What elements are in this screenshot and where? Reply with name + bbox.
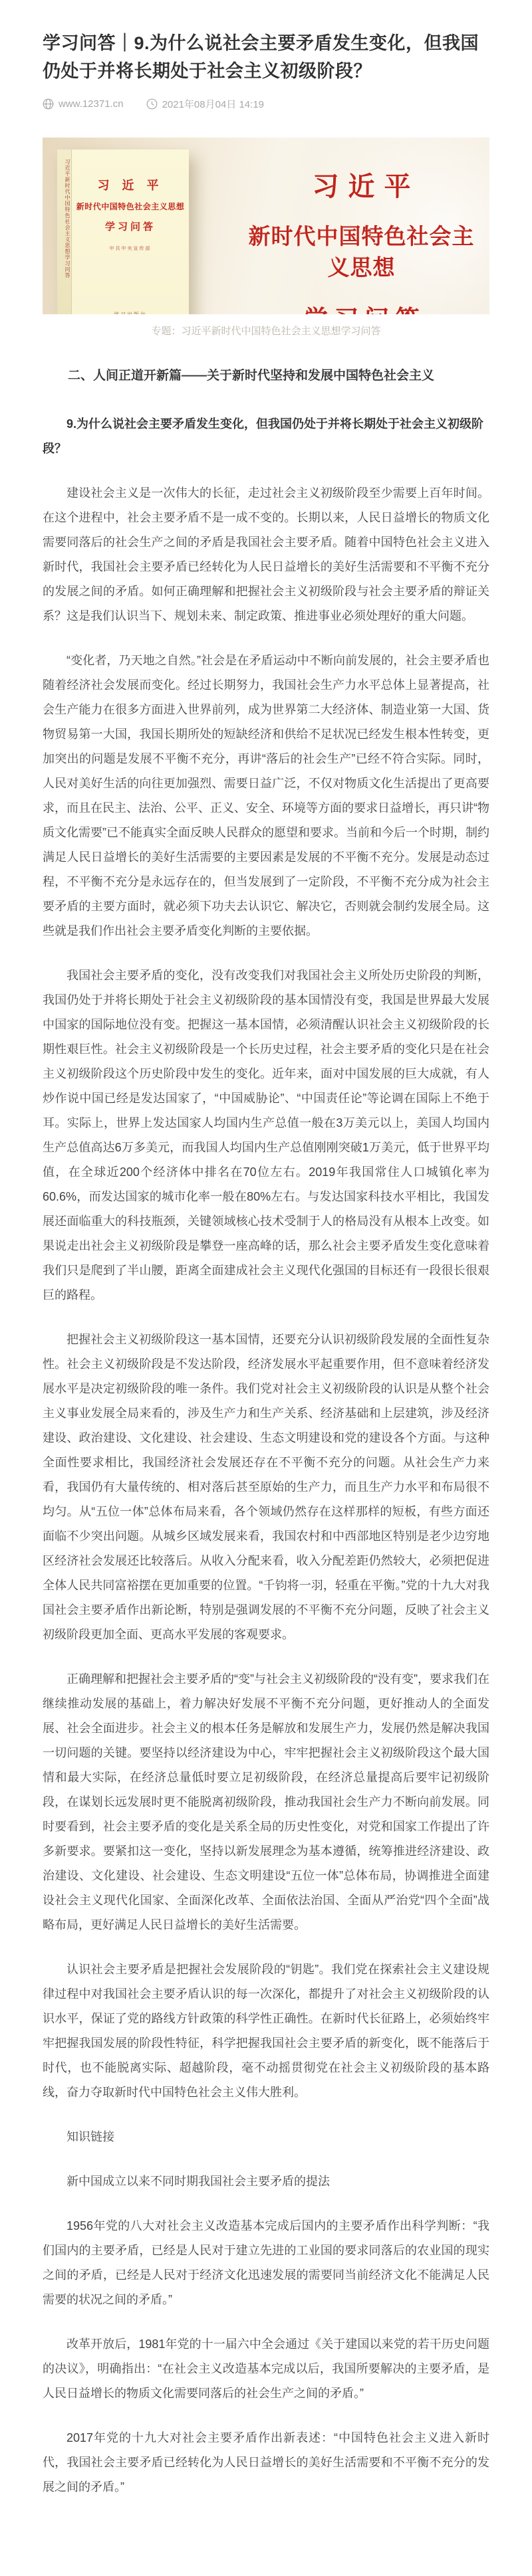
book-publisher-1: 学习出版社 bbox=[72, 310, 189, 314]
body-paragraph: 正确理解和把握社会主要矛盾的“变”与社会主义初级阶段的“没有变”，要求我们在继续… bbox=[43, 1667, 489, 1937]
book-spine: 习近平新时代中国特色社会主义思想学习问答 bbox=[57, 149, 72, 314]
banner-image: 习近平新时代中国特色社会主义思想学习问答 习 近 平 新时代中国特色社会主义思想… bbox=[43, 138, 489, 314]
banner-caption-link[interactable]: 专题：习近平新时代中国特色社会主义思想学习问答 bbox=[43, 324, 489, 338]
article-meta: www.12371.cn 2021年08月04日 14:19 bbox=[43, 97, 489, 111]
book-cover-publishers: 学习出版社 人民出版社 bbox=[72, 310, 189, 314]
book-cover-editor: 中共中央宣传部 bbox=[72, 245, 189, 252]
book-front-cover: 习 近 平 新时代中国特色社会主义思想 学习问答 中共中央宣传部 学习出版社 人… bbox=[72, 149, 189, 314]
book-cover-title-2: 新时代中国特色社会主义思想 bbox=[72, 201, 189, 212]
datetime-text: 2021年08月04日 14:19 bbox=[162, 97, 264, 111]
question-heading: 9.为什么说社会主要矛盾发生变化，但我国仍处于并将长期处于社会主义初级阶段？ bbox=[43, 412, 489, 461]
globe-icon bbox=[43, 98, 54, 110]
source-text: www.12371.cn bbox=[59, 98, 124, 110]
body-paragraph: “变化者，乃天地之自然。”社会是在矛盾运动中不断向前发展的，社会主要矛盾也随着经… bbox=[43, 648, 489, 943]
body-paragraph: 建设社会主义是一次伟大的长征，走过社会主义初级阶段至少需要上百年时间。在这个进程… bbox=[43, 481, 489, 629]
book-spine-text: 习近平新时代中国特色社会主义思想学习问答 bbox=[61, 159, 72, 278]
book-cover-image: 习近平新时代中国特色社会主义思想学习问答 习 近 平 新时代中国特色社会主义思想… bbox=[57, 149, 189, 314]
article-page: 学习问答｜9.为什么说社会主要矛盾发生变化，但我国仍处于并将长期处于社会主义初级… bbox=[43, 0, 489, 2500]
clock-icon bbox=[146, 98, 158, 110]
knowledge-link-title: 新中国成立以来不同时期我国社会主要矛盾的提法 bbox=[43, 2169, 489, 2194]
body-paragraph: 把握社会主义初级阶段这一基本国情，还要充分认识初级阶段发展的全面性复杂性。社会主… bbox=[43, 1328, 489, 1647]
knowledge-paragraph: 改革开放后，1981年党的十一届六中全会通过《关于建国以来党的若干历史问题的决议… bbox=[43, 2332, 489, 2406]
source-meta: www.12371.cn bbox=[43, 98, 124, 110]
banner-headline-line2: 新时代中国特色社会主义思想 bbox=[239, 219, 484, 282]
book-cover-title-1: 习 近 平 bbox=[72, 176, 189, 193]
knowledge-paragraph: 2017年党的十九大对社会主要矛盾作出新表述：“中国特色社会主义进入新时代，我国… bbox=[43, 2426, 489, 2500]
body-paragraph: 认识社会主要矛盾是把握社会发展阶段的“钥匙”。我们党在探索社会主义建设规律过程中… bbox=[43, 1957, 489, 2105]
page-title: 学习问答｜9.为什么说社会主要矛盾发生变化，但我国仍处于并将长期处于社会主义初级… bbox=[43, 29, 489, 85]
knowledge-link-label: 知识链接 bbox=[43, 2125, 489, 2149]
banner-headline-line3: 学习问答 bbox=[239, 299, 484, 314]
banner-headline: 习近平 新时代中国特色社会主义思想 学习问答 bbox=[239, 165, 484, 314]
banner-headline-line1: 习近平 bbox=[239, 165, 484, 203]
section-heading: 二、人间正道开新篇——关于新时代坚持和发展中国特色社会主义 bbox=[43, 367, 489, 385]
datetime-meta: 2021年08月04日 14:19 bbox=[146, 97, 264, 111]
knowledge-paragraph: 1956年党的八大对社会主义改造基本完成后国内的主要矛盾作出科学判断：“我们国内… bbox=[43, 2214, 489, 2312]
body-paragraph: 我国社会主要矛盾的变化，没有改变我们对我国社会主义所处历史阶段的判断，我国仍处于… bbox=[43, 963, 489, 1308]
book-cover-title-3: 学习问答 bbox=[72, 219, 189, 233]
